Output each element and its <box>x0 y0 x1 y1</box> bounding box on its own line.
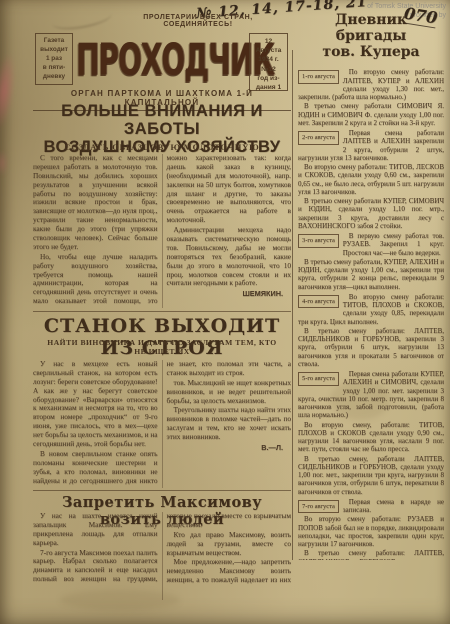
article1-body: С того времени, как с месяцами перешел р… <box>33 154 291 308</box>
main-column-divider <box>292 50 293 560</box>
diary-date-box: 4-го августа <box>298 295 339 309</box>
pink-ink-smudge <box>0 51 19 131</box>
diary-date-box: 3-го августа <box>298 234 339 248</box>
diary-column: Дневник бригады тов. Купера 1-го августа… <box>298 12 444 560</box>
article-signature: В.—Л. <box>167 444 292 453</box>
diary-header-line1: Дневник бригады <box>335 12 407 44</box>
publication-schedule-box: Газетавыходит1 разв пяти-дневку <box>35 33 73 85</box>
diary-header-line2: тов. Купера <box>322 44 419 60</box>
diary-paragraph: В третью смену работали: ЛАПТЕВ, СИДЕЛЬН… <box>298 549 444 560</box>
paragraph: дневку <box>36 73 72 82</box>
paragraph: Треугольнику шахты надо найти этих винов… <box>167 406 292 442</box>
newspaper-page: of Tomsk State University provided by № … <box>0 0 450 624</box>
article1-headline-line1: БОЛЬШЕ ВНИМАНИЯ И ЗАБОТЫ <box>61 102 263 138</box>
paragraph: Августа <box>250 46 287 55</box>
issue-date-box: 12Августа1934 г.№12год из-дания 1 <box>249 33 288 91</box>
paragraph: Кто дал право Максимову, возить людей за… <box>167 531 292 558</box>
paragraph: Газета <box>36 37 72 46</box>
article2-subhead: НАЙТИ ВИНОВНИКА И ДАТЬ ПО ЗАСЛУГАМ ТЕМ, … <box>33 338 291 357</box>
diary-entry: 1-го августаПо вторую смену работали: ЛА… <box>298 68 444 127</box>
diary-entry: 4-го августаВо вторую смену работали: ТИ… <box>298 293 444 368</box>
paragraph: 12 <box>250 37 287 46</box>
diary-entry: 5-го августаПервая смена работали КУПЕР,… <box>298 370 444 496</box>
diary-paragraph: В третью смену работали КУПЕР, СИМОВИЧ и… <box>298 197 444 230</box>
diary-date-box: 7-го августа <box>298 500 339 514</box>
diary-date-box: 5-го августа <box>298 372 339 386</box>
article2-subhead-line1: НАЙТИ ВИНОВНИКА И ДАТЬ ПО ЗАСЛУГАМ ТЕМ, … <box>47 338 276 347</box>
diary-header: Дневник бригады тов. Купера <box>298 12 444 60</box>
paragraph: тов. Мыслицкий не ищет конкретных виновн… <box>167 379 292 406</box>
paragraph: У нас на шахте имеется некий запальщик М… <box>33 512 158 548</box>
article2-body: У нас в мехцехе есть новый сверлильный с… <box>33 360 291 488</box>
diary-paragraph: В третью смену работали СИМОВИЧ Я. ЮДИН … <box>298 102 444 127</box>
paragraph: год из- <box>250 74 287 83</box>
diary-entry: 3-го августаВ первую смену работал тов. … <box>298 232 444 291</box>
paragraph: Администрации мехцеха надо оказывать сис… <box>167 226 292 288</box>
article1-subhead: СОЗДАТЬ ОБРАЗЦОВУЮ МОЛОТОЧНУЮ <box>33 142 291 152</box>
diary-paragraph: В третью смену работали, КУПЕР, АЛЕХИН и… <box>298 258 444 291</box>
diary-date-box: 2-го августа <box>298 131 339 145</box>
diary-entry: 7-го августаПервая смена в наряде не зап… <box>298 498 444 560</box>
diary-entry: 2-го августаПервая смена работали ЛАПТЕВ… <box>298 129 444 230</box>
masthead-title: ПРОХОДЧИК <box>76 34 248 85</box>
paragraph: 1 раз <box>36 55 72 64</box>
section-rule <box>33 311 291 312</box>
diary-paragraph: Во вторую смену работали: РУЗАЕВ и ПОПОВ… <box>298 515 444 548</box>
paragraph: 1934 г. <box>250 55 287 64</box>
paragraph: №12 <box>250 65 287 74</box>
diary-paragraph: В третью смену, работали ЛАПТЕВ, СИДЕЛЬН… <box>298 455 444 496</box>
paragraph: выходит <box>36 46 72 55</box>
article3-body: У нас на шахте имеется некий запальщик М… <box>33 512 291 600</box>
diary-paragraph: В третью смену работали: ЛАПТЕВ, СИДЕЛЬН… <box>298 327 444 368</box>
paragraph: С того времени, как с месяцами перешел р… <box>33 154 158 252</box>
paragraph: в пяти- <box>36 64 72 73</box>
pink-ink-smudge-small <box>0 150 8 176</box>
slogan-banner: ПРОЛЕТАРИИ ВСЕХ СТРАН, СОЕДИНЯЙТЕСЬ! <box>112 14 284 28</box>
diary-paragraph: Во вторую смену работали: ТИТОВ, ЛЕСКОВ … <box>298 163 444 196</box>
section-rule <box>33 490 291 491</box>
article-signature: ШЕМЯКИН. <box>167 290 292 299</box>
article2-subhead-line2: НЕ ИЩЕТ ИХ <box>134 347 190 356</box>
faint-pencil-scribble <box>51 5 113 33</box>
paragraph: У нас в мехцехе есть новый сверлильный с… <box>33 360 158 449</box>
diary-date-box: 1-го августа <box>298 70 339 84</box>
diary-paragraph: Во вторую смену, работали: ТИТОВ, ПЛОХОВ… <box>298 421 444 454</box>
diary-entries: 1-го августаПо вторую смену работали: ЛА… <box>298 68 444 560</box>
